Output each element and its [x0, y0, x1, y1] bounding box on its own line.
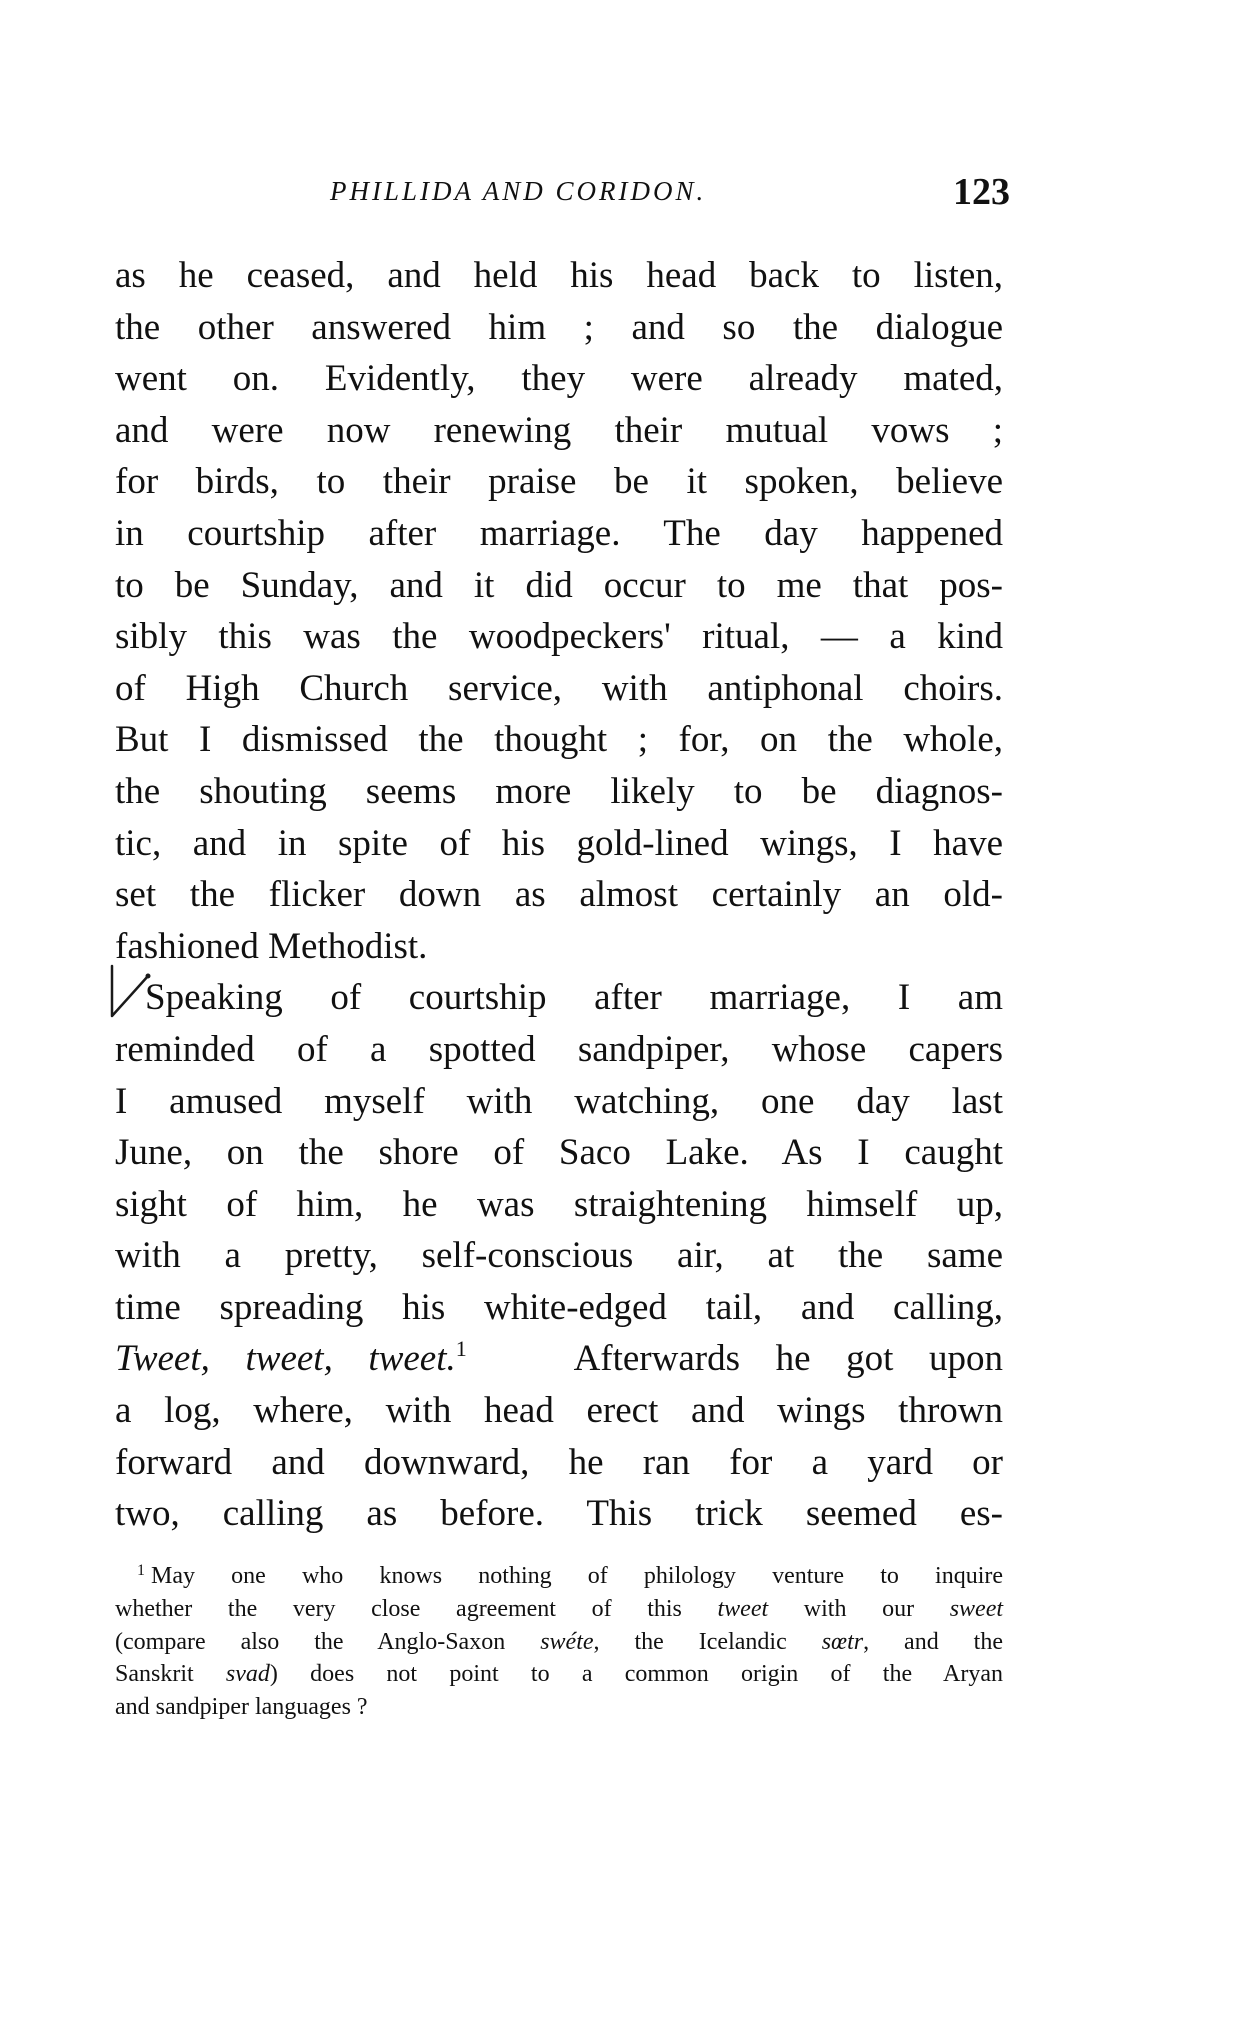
text-line: and were now renewing their mutual vows …: [115, 405, 1003, 457]
footnote-line: 1May one who knows nothing of philology …: [115, 1560, 1003, 1593]
text-line: set the flicker down as almost certainly…: [115, 869, 1003, 921]
text-line: sibly this was the woodpeckers' ritual, …: [115, 611, 1003, 663]
tweet-call: Tweet, tweet, tweet.: [115, 1338, 456, 1379]
footnote-line: (compare also the Anglo-Saxon swéte, the…: [115, 1626, 1003, 1659]
text-line: forward and downward, he ran for a yard …: [115, 1437, 1003, 1489]
text-line: I amused myself with watching, one day l…: [115, 1076, 1003, 1128]
footnote: 1May one who knows nothing of philology …: [115, 1560, 1003, 1724]
text-line: of High Church service, with antiphonal …: [115, 663, 1003, 715]
text-line: for birds, to their praise be it spoken,…: [115, 456, 1003, 508]
text-line: fashioned Methodist.: [115, 921, 1003, 973]
text-line: But I dismissed the thought ; for, on th…: [115, 714, 1003, 766]
footnote-line: Sanskrit svad) does not point to a commo…: [115, 1658, 1003, 1691]
text-line-with-footnote-ref: Tweet, tweet, tweet.1 Afterwards he got …: [115, 1333, 1003, 1385]
text-line: two, calling as before. This trick seeme…: [115, 1488, 1003, 1540]
text-line: a log, where, with head erect and wings …: [115, 1385, 1003, 1437]
text-line: as he ceased, and held his head back to …: [115, 250, 1003, 302]
running-head: PHILLIDA AND CORIDON. 123: [330, 172, 1010, 212]
text-fragment: Afterwards he got upon: [574, 1338, 1003, 1379]
text-line: the other answered him ; and so the dial…: [115, 302, 1003, 354]
text-line: in courtship after marriage. The day hap…: [115, 508, 1003, 560]
text-line: June, on the shore of Saco Lake. As I ca…: [115, 1127, 1003, 1179]
page-number: 123: [953, 170, 1010, 214]
text-line: with a pretty, self-conscious air, at th…: [115, 1230, 1003, 1282]
text-line: time spreading his white-edged tail, and…: [115, 1282, 1003, 1334]
running-title: PHILLIDA AND CORIDON.: [330, 176, 706, 207]
body-text: as he ceased, and held his head back to …: [115, 250, 1003, 1540]
book-page: PHILLIDA AND CORIDON. 123 as he ceased, …: [0, 0, 1249, 2025]
text-line: went on. Evidently, they were already ma…: [115, 353, 1003, 405]
footnote-line: whether the very close agreement of this…: [115, 1593, 1003, 1626]
text-line: tic, and in spite of his gold-lined wing…: [115, 818, 1003, 870]
text-line: sight of him, he was straightening himse…: [115, 1179, 1003, 1231]
text-line: the shouting seems more likely to be dia…: [115, 766, 1003, 818]
pencil-check-mark-icon: [108, 958, 158, 1028]
text-line: Speaking of courtship after marriage, I …: [115, 972, 1003, 1024]
footnote-line: and sandpiper languages ?: [115, 1691, 1003, 1724]
footnote-number: 1: [137, 1562, 145, 1579]
footnote-ref[interactable]: 1: [456, 1336, 467, 1361]
text-line: to be Sunday, and it did occur to me tha…: [115, 560, 1003, 612]
text-line: reminded of a spotted sandpiper, whose c…: [115, 1024, 1003, 1076]
